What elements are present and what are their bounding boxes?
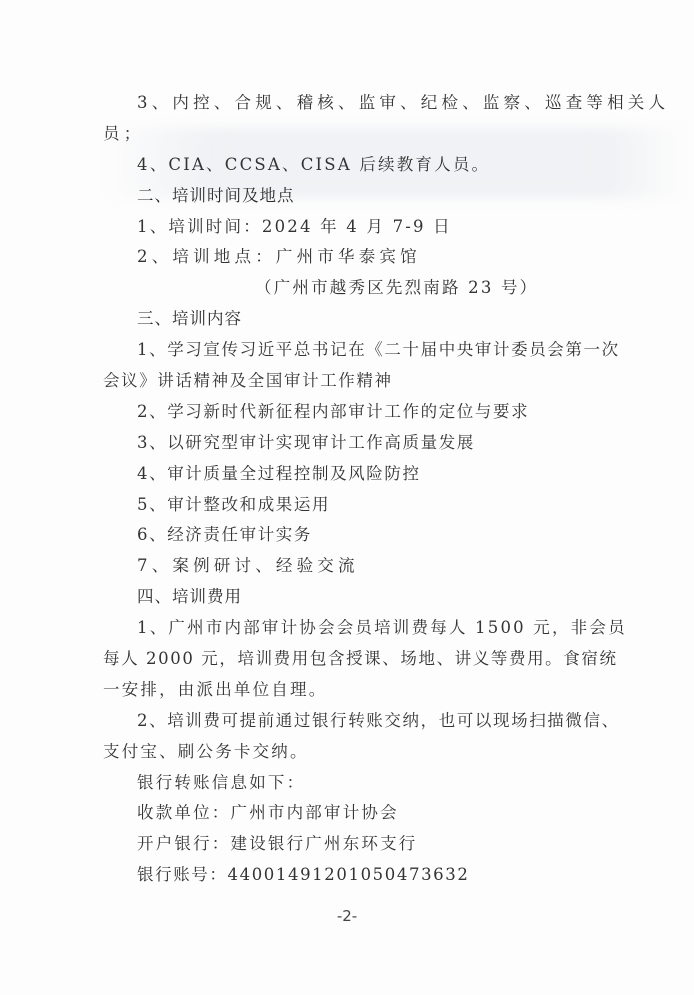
- section-heading-fees: 四、培训费用: [103, 582, 595, 613]
- eligibility-item-3: 3、内控、合规、稽核、监审、纪检、监察、巡查等相关人: [103, 88, 595, 119]
- bank-transfer-intro: 银行转账信息如下：: [103, 768, 595, 799]
- content-item-1: 1、学习宣传习近平总书记在《二十届中央审计委员会第一次: [103, 335, 595, 366]
- content-item-3: 3、以研究型审计实现审计工作高质量发展: [103, 428, 595, 459]
- fee-item-2: 2、培训费可提前通过银行转账交纳，也可以现场扫描微信、: [103, 706, 595, 737]
- content-item-5: 5、审计整改和成果运用: [103, 490, 595, 521]
- document-body: 3、内控、合规、稽核、监审、纪检、监察、巡查等相关人 员； 4、CIA、CCSA…: [103, 88, 595, 891]
- content-item-1-continuation: 会议》讲话精神及全国审计工作精神: [103, 366, 595, 397]
- page-number: -2-: [0, 907, 694, 925]
- eligibility-item-3-continuation: 员；: [103, 119, 595, 150]
- section-heading-time-location: 二、培训时间及地点: [103, 181, 595, 212]
- training-location-address: （广州市越秀区先烈南路 23 号）: [103, 273, 595, 304]
- eligibility-item-4: 4、CIA、CCSA、CISA 后续教育人员。: [103, 150, 595, 181]
- bank-account-number: 银行账号：44001491201050473632: [103, 860, 595, 891]
- content-item-6: 6、经济责任审计实务: [103, 520, 595, 551]
- training-time: 1、培训时间：2024 年 4 月 7-9 日: [103, 212, 595, 243]
- fee-item-1-continuation-a: 每人 2000 元，培训费用包含授课、场地、讲义等费用。食宿统: [103, 644, 595, 675]
- fee-item-1: 1、广州市内部审计协会会员培训费每人 1500 元，非会员: [103, 613, 595, 644]
- fee-item-2-continuation: 支付宝、刷公务卡交纳。: [103, 737, 595, 768]
- section-heading-content: 三、培训内容: [103, 304, 595, 335]
- payee: 收款单位：广州市内部审计协会: [103, 798, 595, 829]
- training-location: 2、培训地点：广州市华泰宾馆: [103, 242, 595, 273]
- fee-item-1-continuation-b: 一安排，由派出单位自理。: [103, 675, 595, 706]
- content-item-2: 2、学习新时代新征程内部审计工作的定位与要求: [103, 397, 595, 428]
- content-item-4: 4、审计质量全过程控制及风险防控: [103, 459, 595, 490]
- content-item-7: 7、案例研讨、经验交流: [103, 551, 595, 582]
- bank-name: 开户银行：建设银行广州东环支行: [103, 829, 595, 860]
